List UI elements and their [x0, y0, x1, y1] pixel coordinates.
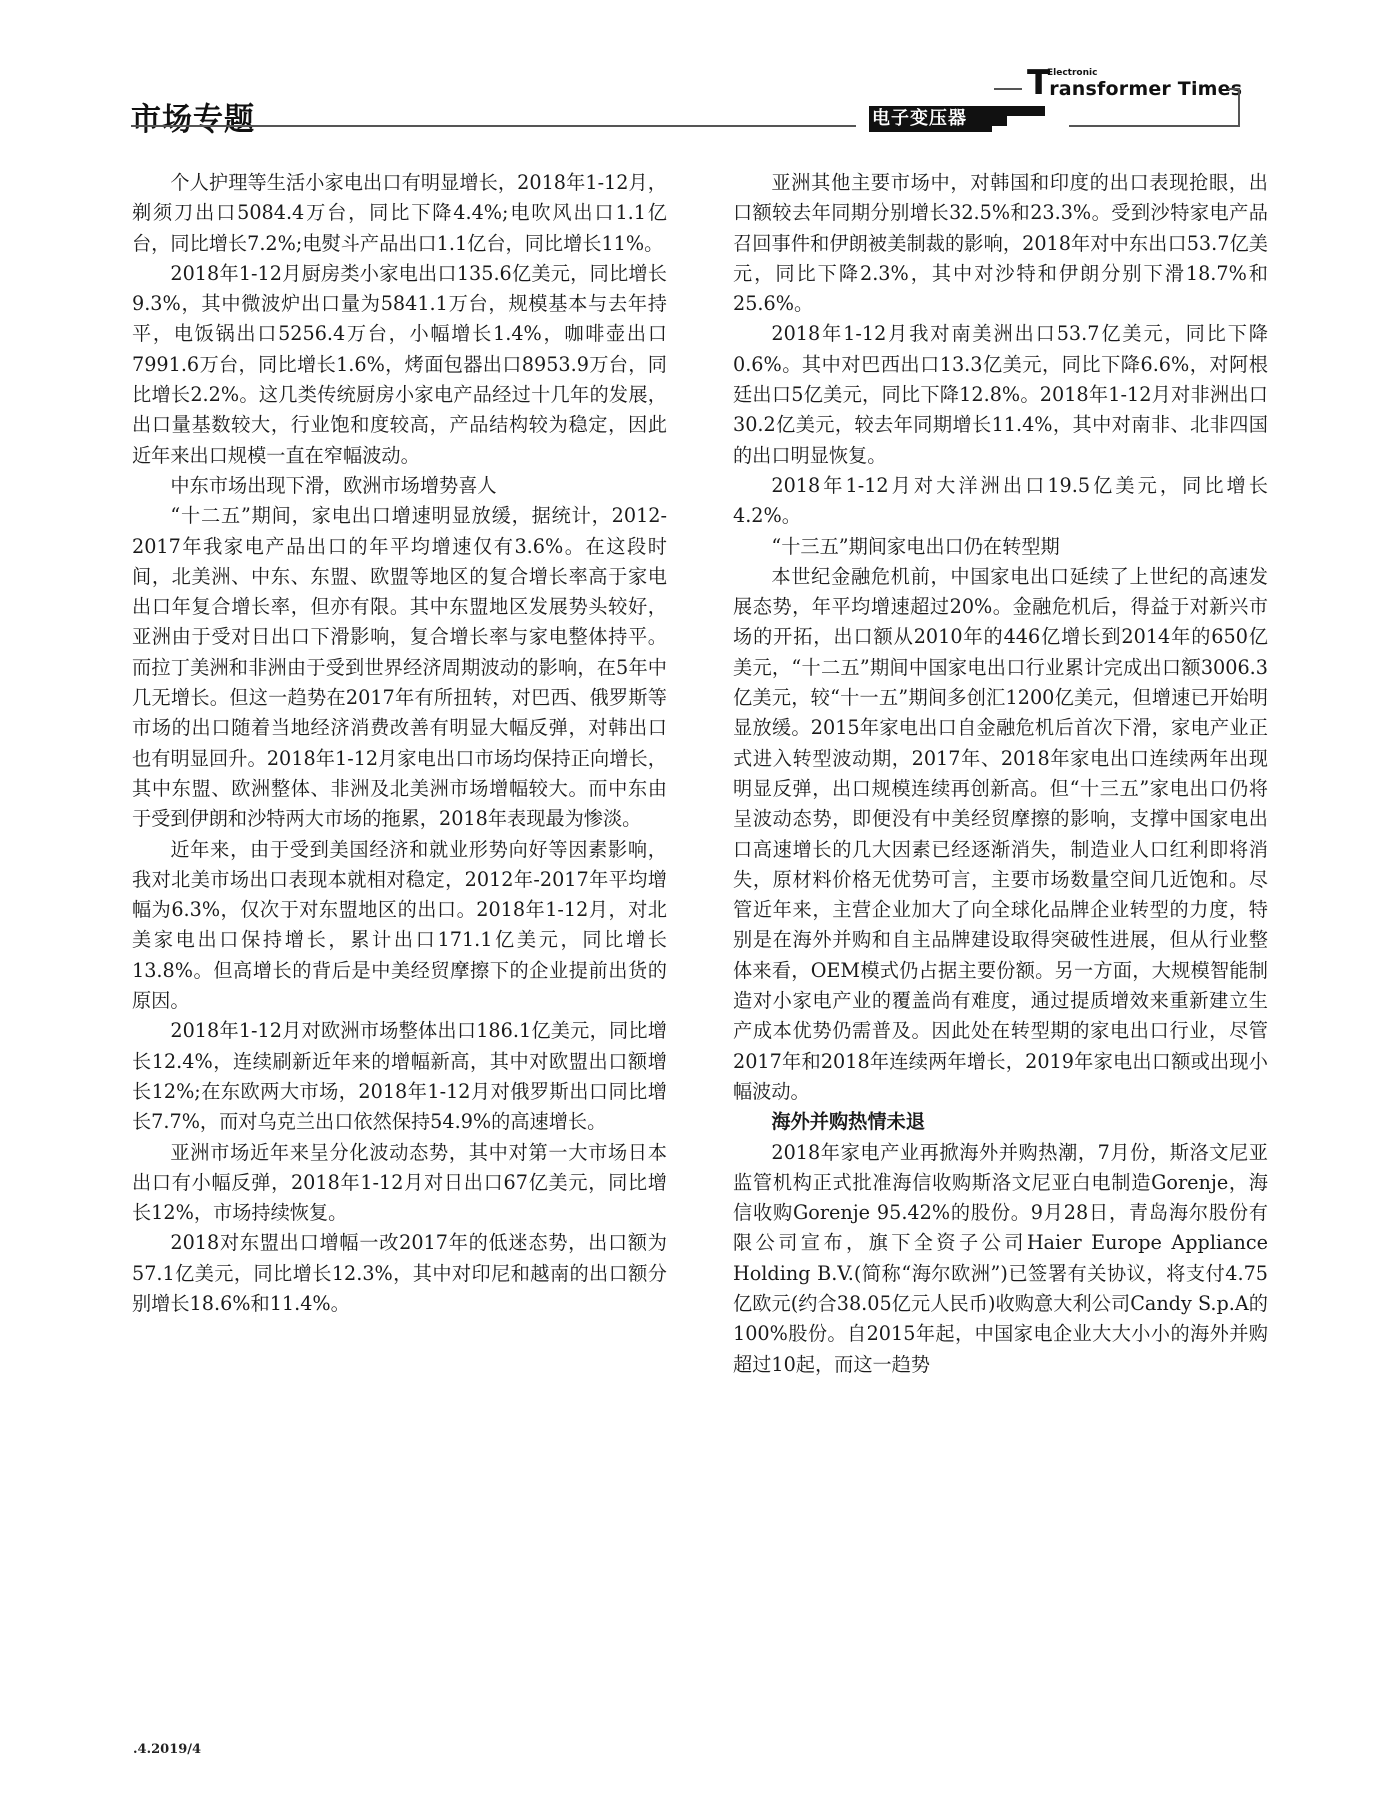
paragraph: 近年来，由于受到美国经济和就业形势向好等因素影响，我对北美市场出口表现本就相对稳… — [132, 835, 667, 1017]
paragraph: 2018年1-12月对欧洲市场整体出口186.1亿美元，同比增长12.4%，连续… — [132, 1016, 667, 1137]
header-rule-tick — [1238, 88, 1240, 127]
left-column: 个人护理等生活小家电出口有明显增长，2018年1-12月，剃须刀出口5084.4… — [132, 168, 667, 1319]
magazine-title-small-word: Electronic — [1047, 68, 1097, 78]
paragraph: 个人护理等生活小家电出口有明显增长，2018年1-12月，剃须刀出口5084.4… — [132, 168, 667, 259]
section-title: 市场专题 — [131, 93, 255, 139]
magazine-logo-step — [985, 106, 1045, 116]
magazine-title-rest: ransformer Times — [1049, 78, 1242, 100]
magazine-title-en: TElectronicransformer Times — [1027, 66, 1242, 100]
header-rule-top-left — [994, 88, 1022, 90]
paragraph: 2018对东盟出口增幅一改2017年的低迷态势，出口额为57.1亿美元，同比增长… — [132, 1228, 667, 1319]
paragraph: 2018年1-12月我对南美洲出口53.7亿美元，同比下降0.6%。其中对巴西出… — [733, 319, 1268, 470]
magazine-title-cn: 电子变压器 — [869, 106, 992, 132]
header-rule-right — [1069, 125, 1239, 127]
header-rule-left — [131, 125, 856, 127]
paragraph: 2018年家电产业再掀海外并购热潮，7月份，斯洛文尼亚监管机构正式批准海信收购斯… — [733, 1138, 1268, 1380]
paragraph: 2018年1-12月厨房类小家电出口135.6亿美元，同比增长9.3%，其中微波… — [132, 259, 667, 471]
right-column: 亚洲其他主要市场中，对韩国和印度的出口表现抢眼，出口额较去年同期分别增长32.5… — [733, 168, 1268, 1380]
paragraph: 2018年1-12月对大洋洲出口19.5亿美元，同比增长4.2%。 — [733, 471, 1268, 532]
subheading-bold: 海外并购热情未退 — [733, 1107, 1268, 1137]
page-number: .4.2019/4 — [133, 1742, 201, 1757]
paragraph: 亚洲其他主要市场中，对韩国和印度的出口表现抢眼，出口额较去年同期分别增长32.5… — [733, 168, 1268, 319]
subheading: 中东市场出现下滑，欧洲市场增势喜人 — [132, 471, 667, 501]
paragraph: “十二五”期间，家电出口增速明显放缓，据统计，2012-2017年我家电产品出口… — [132, 501, 667, 834]
magazine-logo-step — [985, 116, 1007, 126]
paragraph: 亚洲市场近年来呈分化波动态势，其中对第一大市场日本出口有小幅反弹，2018年1-… — [132, 1138, 667, 1229]
subheading: “十三五”期间家电出口仍在转型期 — [733, 532, 1268, 562]
paragraph: 本世纪金融危机前，中国家电出口延续了上世纪的高速发展态势，年平均增速超过20%。… — [733, 562, 1268, 1107]
